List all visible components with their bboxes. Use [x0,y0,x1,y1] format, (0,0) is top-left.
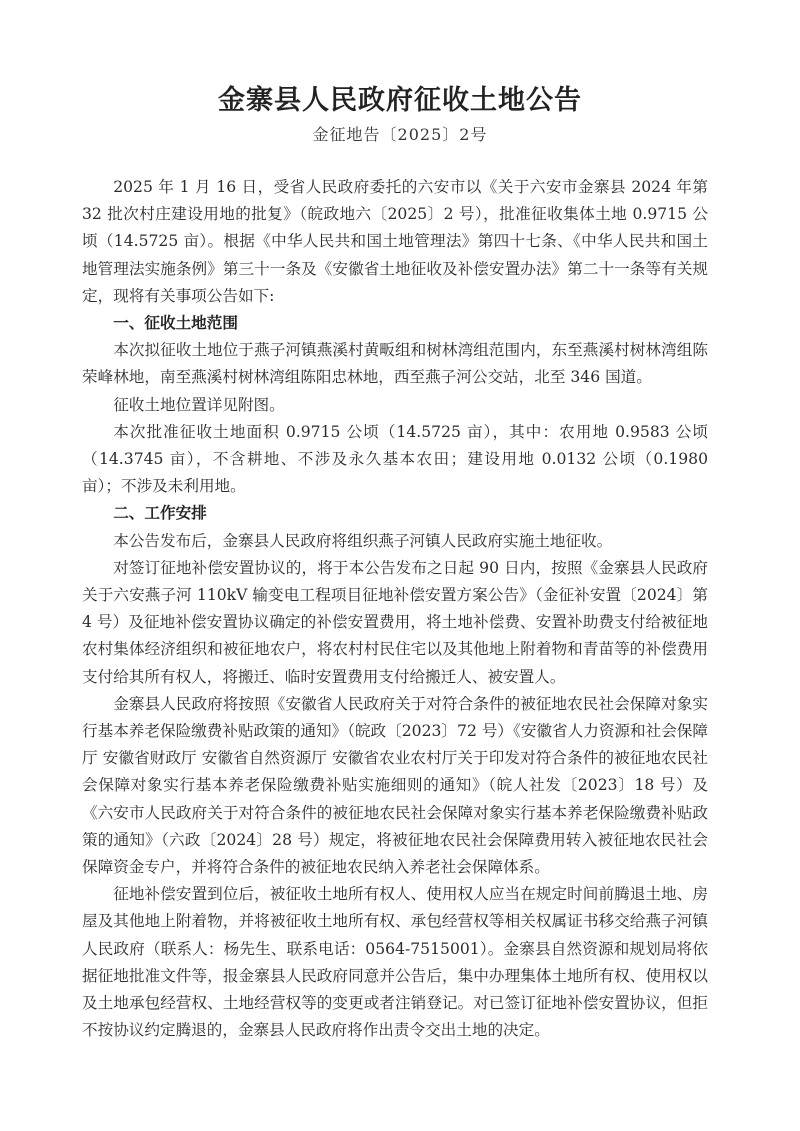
document-number: 金征地告〔2025〕2号 [0,122,800,145]
scope-paragraph: 本次批准征收土地面积 0.9715 公顷（14.5725 亩），其中：农用地 0… [82,419,708,501]
arrangement-paragraph: 金寨县人民政府将按照《安徽省人民政府关于对符合条件的被征地农民社会保障对象实行基… [82,691,708,881]
arrangement-paragraph: 征地补偿安置到位后，被征收土地所有权人、使用权人应当在规定时间前腾退土地、房屋及… [82,881,708,1044]
scope-paragraph: 本次拟征收土地位于燕子河镇燕溪村黄畈组和树林湾组范围内，东至燕溪村树林湾组陈荣峰… [82,337,708,391]
document-page: 金寨县人民政府征收土地公告 金征地告〔2025〕2号 2025 年 1 月 16… [0,0,800,1131]
page-title: 金寨县人民政府征收土地公告 [0,78,800,117]
intro-paragraph: 2025 年 1 月 16 日，受省人民政府委托的六安市以《关于六安市金寨县 2… [82,174,708,310]
arrangement-paragraph: 对签订征地补偿安置协议的，将于本公告发布之日起 90 日内，按照《金寨县人民政府… [82,555,708,691]
arrangement-paragraph: 本公告发布后，金寨县人民政府将组织燕子河镇人民政府实施土地征收。 [82,528,708,555]
section-heading-arrangements: 二、工作安排 [82,500,708,527]
scope-paragraph: 征收土地位置详见附图。 [82,392,708,419]
document-body: 2025 年 1 月 16 日，受省人民政府委托的六安市以《关于六安市金寨县 2… [82,174,708,1045]
section-heading-scope: 一、征收土地范围 [82,310,708,337]
